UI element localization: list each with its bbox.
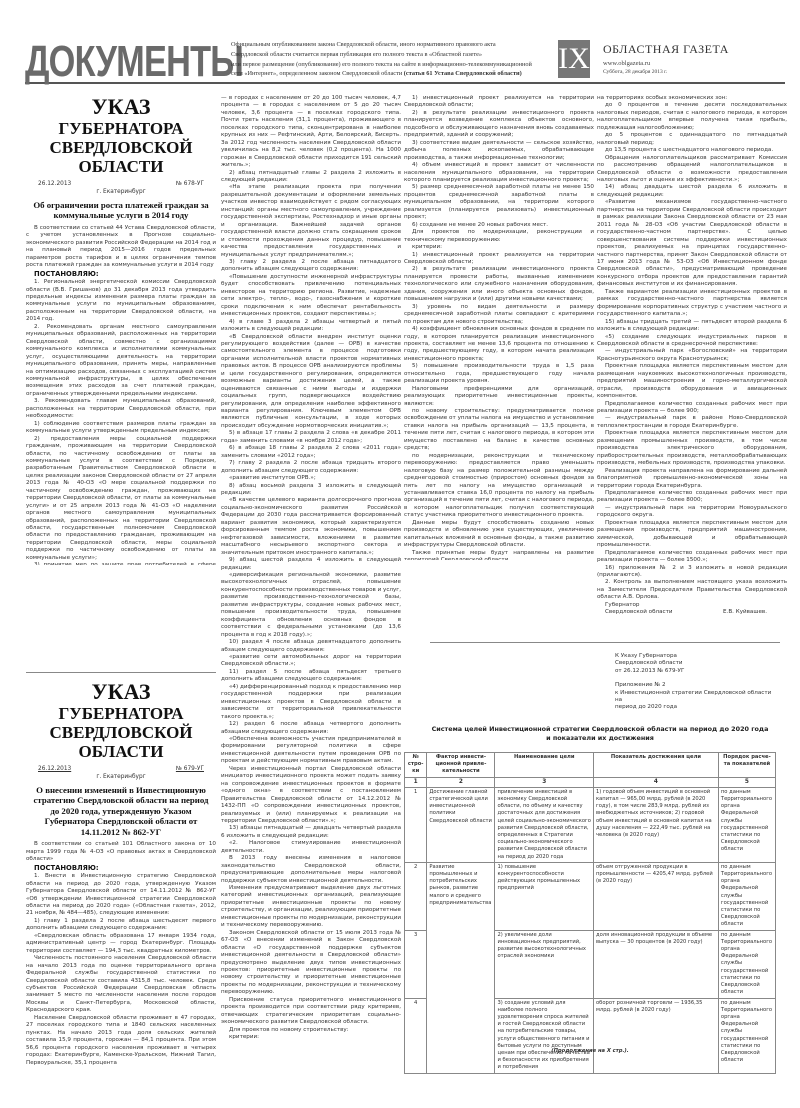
paragraph: 3) главу 2 раздела 2 после абзаца пятнад… <box>221 259 401 274</box>
paragraph: 4) в главе 3 раздела 2 абзацы четвертый … <box>221 319 401 334</box>
paragraph: 4) коэффициент обновления основных фондо… <box>404 326 594 363</box>
paragraph: 2) в результате реализации инвестиционно… <box>404 110 594 140</box>
column-header: Наименование цели <box>495 753 594 778</box>
table-row: 2 Развитие промышленных и потребительски… <box>405 862 776 930</box>
paragraph: 2. Контроль за выполнением настоящего ук… <box>597 579 787 601</box>
paragraph: по новому строительству: предусматривает… <box>404 408 594 453</box>
paragraph: 9) абзац шестой раздела 4 изложить в сле… <box>221 557 401 572</box>
appendix-reference: К Указу Губернатора Свердловской области… <box>615 653 771 712</box>
paragraph: «развитие институтов ОРВ.»; <box>221 475 401 482</box>
decree-number: № 679-УГ <box>176 766 204 773</box>
paragraph: до 5 процентов с одиннадцатого по пятнад… <box>597 132 787 147</box>
decree-heading: УКАЗ ГУБЕРНАТОРА СВЕРДЛОВСКОЙ ОБЛАСТИ <box>26 95 216 176</box>
paragraph: Данные меры будут способствовать создани… <box>404 520 594 550</box>
newspaper-info: ОБЛАСТНАЯ ГАЗЕТА www.oblgazeta.ru Суббот… <box>603 42 729 75</box>
decree-resolves: ПОСТАНОВЛЯЮ: <box>34 271 216 278</box>
continuation-note: (Продолжение на X стр.). <box>404 1048 776 1054</box>
paragraph: на территориях особых экономических зон: <box>597 95 787 102</box>
decree-paragraph: 2. Рекомендовать органам местного самоуп… <box>26 324 216 399</box>
decree-paragraph: «Свердловская область образована 17 янва… <box>26 933 216 955</box>
paragraph: «В качестве целевого варианта долгосрочн… <box>221 497 401 557</box>
table-header-row: № стро-ки Фактор инвести-ционной привле-… <box>405 753 776 778</box>
paragraph: 12) раздел 6 после абзаца четвертого доп… <box>221 721 401 736</box>
paragraph: Изменения предусматривают выделение двух… <box>221 885 401 930</box>
paragraph: Через инвестиционный портал Свердловской… <box>221 766 401 826</box>
decree-paragraph: 1. Региональной энергетической комиссии … <box>26 279 216 324</box>
paragraph: Реализация проекта направлена на формиро… <box>597 468 787 490</box>
publication-notice: Официальным опубликованием закона Свердл… <box>231 40 551 79</box>
paragraph: «Повышение доступности инженерной инфрас… <box>221 274 401 319</box>
paragraph: 2) абзац пятнадцатый главы 2 раздела 2 и… <box>221 170 401 185</box>
paragraph: Налоговыми преференциями для организаций… <box>404 386 594 408</box>
paragraph: — индустриальный парк на территории Ново… <box>597 505 787 520</box>
paragraph: Проектная площадка является перспективны… <box>597 430 787 467</box>
paragraph: 6) в абзаце 18 главы 2 раздела 2 слова «… <box>221 445 401 460</box>
paragraph: Также вариантом реализации инвестиционны… <box>597 289 787 319</box>
paragraph: 1) инвестиционный проект реализуется на … <box>404 95 594 110</box>
paragraph: 14) абзац двадцать шестой раздела 6 изло… <box>597 184 787 199</box>
paragraph: 8) абзац восьмой раздела 3 изложить в сл… <box>221 483 401 498</box>
paragraph: «2. Налоговое стимулирование инвестицион… <box>221 840 401 855</box>
signature-line: Свердловской области Е.В. Куйвашев. <box>597 609 787 616</box>
paragraph: Предполагаемое количество созданных рабо… <box>597 550 787 565</box>
decree-date: 26.12.2013 <box>38 181 71 188</box>
paragraph: Присвоение статуса приоритетного инвести… <box>221 997 401 1027</box>
column-header: Показатель достижения цели <box>593 753 718 778</box>
paragraph: Предполагаемое количество созданных рабо… <box>597 401 787 416</box>
column-header: Фактор инвести-ционной привле-кательност… <box>427 753 495 778</box>
paragraph: 15) абзацы тридцать третий — пятьдесят в… <box>597 319 787 334</box>
paragraph: 2) в результате реализации инвестиционно… <box>404 266 594 303</box>
paragraph: «Обеспечена возможность участия предприн… <box>221 736 401 766</box>
decree-city: г. Екатеринбург <box>26 189 216 196</box>
decree-preamble: В соответствии со статьей 44 Устава Свер… <box>26 225 216 270</box>
decree-date: 26.12.2013 <box>38 766 71 773</box>
table-title: Система целей Инвестиционной стратегии С… <box>400 725 800 743</box>
paragraph: «развитие сети автомобильных дорог на те… <box>221 654 401 669</box>
decree-paragraph: 2) предоставления меры социальной поддер… <box>26 436 216 563</box>
decree-city: г. Екатеринбург <box>26 774 216 781</box>
decree-paragraph: 1) главу 1 раздела 2 после абзаца шестьд… <box>26 918 216 933</box>
paragraph: 5) повышение производительности труда в … <box>404 363 594 385</box>
table-row: 1 Достижение главной стратегической цели… <box>405 787 776 862</box>
column-number-row: 1 2 3 4 5 <box>405 777 776 787</box>
newspaper-url[interactable]: www.oblgazeta.ru <box>603 60 729 67</box>
article-column-4: на территориях особых экономических зон:… <box>597 95 787 635</box>
paragraph: Проектная площадка является перспективны… <box>597 363 787 400</box>
decree-resolves: ПОСТАНОВЛЯЮ: <box>34 865 216 872</box>
issue-date: Суббота, 28 декабря 2013 г. <box>603 69 729 75</box>
paragraph: «4) дифференцированный подход к предоста… <box>221 684 401 721</box>
section-title: ДОКУМЕНТЫ <box>25 40 243 84</box>
decree-paragraph: 1) соблюдение соответствия размеров плат… <box>26 421 216 436</box>
article-column-3: 1) инвестиционный проект реализуется на … <box>404 95 594 560</box>
paragraph: Проектная площадка является перспективны… <box>597 520 787 550</box>
decree-paragraph: Численность постоянного населения Свердл… <box>26 955 216 1015</box>
paragraph: «Развитие механизмов государственно-част… <box>597 199 787 288</box>
paragraph: 1) инвестиционный проект реализуется на … <box>404 252 594 267</box>
signer-name: Е.В. Куйвашев. <box>723 609 767 616</box>
newspaper-name: ОБЛАСТНАЯ ГАЗЕТА <box>603 42 729 57</box>
paragraph: — индустриальный парк в районе Ново-Свер… <box>597 415 787 430</box>
decree-heading: УКАЗ ГУБЕРНАТОРА СВЕРДЛОВСКОЙ ОБЛАСТИ <box>26 680 216 761</box>
decree-678: УКАЗ ГУБЕРНАТОРА СВЕРДЛОВСКОЙ ОБЛАСТИ 26… <box>26 95 216 565</box>
paragraph: «диверсификация региональной экономики, … <box>221 572 401 639</box>
paragraph: В 2013 году внесены изменения в налогово… <box>221 855 401 885</box>
decree-679: УКАЗ ГУБЕРНАТОРА СВЕРДЛОВСКОЙ ОБЛАСТИ 26… <box>26 680 216 1080</box>
paragraph: 7) главу 2 раздела 2 после абзаца тридца… <box>221 460 401 475</box>
decree-paragraph: 3) принятие мер по защите прав потребите… <box>26 562 216 565</box>
paragraph: критерии: <box>221 1034 401 1041</box>
paragraph: 6) создание не менее 20 новых рабочих ме… <box>404 222 594 229</box>
masthead: ДОКУМЕНТЫ Официальным опубликованием зак… <box>25 38 785 84</box>
goals-table: № стро-ки Фактор инвести-ционной привле-… <box>404 752 776 1074</box>
paragraph: — индустриальный парк «Богословский» на … <box>597 348 787 363</box>
paragraph: 3) уровень по видам деятельности и разме… <box>404 304 594 326</box>
paragraph: Для проектов по модернизации, реконструк… <box>404 229 594 244</box>
paragraph: 13) абзацы пятнадцатый — двадцать четвер… <box>221 825 401 840</box>
paragraph: до 0 процентов в течение десяти последов… <box>597 102 787 132</box>
paragraph: «В Свердловской области внедрен институт… <box>221 334 401 431</box>
paragraph: — в городах с населением от 20 до 100 ты… <box>221 95 401 170</box>
decree-number: № 678-УГ <box>176 181 204 188</box>
divider <box>26 672 216 673</box>
decree-title: О внесении изменений в Инвестиционную ст… <box>30 785 212 838</box>
decree-paragraph: 3. Рекомендовать главам муниципальных об… <box>26 398 216 420</box>
paragraph: 11) раздел 5 после абзаца пятьдесят трет… <box>221 669 401 684</box>
paragraph: «5) создание следующих индустриальных па… <box>597 334 787 349</box>
decree-paragraph: 1. Внести в Инвестиционную стратегию Све… <box>26 873 216 918</box>
page-number-badge: IX <box>558 40 590 78</box>
paragraph: Также принятые меры будут направлены на … <box>404 550 594 560</box>
column-header: № стро-ки <box>405 753 427 778</box>
paragraph: до 13,5 процента с шестнадцатого налогов… <box>597 147 787 154</box>
paragraph: Обращения налогоплательщиков рассматрива… <box>597 155 787 185</box>
paragraph: по модернизации, реконструкции и техниче… <box>404 453 594 520</box>
paragraph: 16) приложения № 2 и 3 изложить в новой … <box>597 565 787 580</box>
article-column-2: — в городах с населением от 20 до 100 ты… <box>221 95 401 1075</box>
paragraph: Предполагаемое количество созданных рабо… <box>597 490 787 505</box>
paragraph: 5) размер среднемесячной заработной плат… <box>404 184 594 221</box>
paragraph: 4) объем инвестиций в проект зависит от … <box>404 162 594 184</box>
divider <box>430 642 780 643</box>
paragraph: 5) в абзаце 17 главы 2 раздела 2 слова «… <box>221 430 401 445</box>
decree-paragraph: Население Свердловской области проживает… <box>26 1015 216 1067</box>
paragraph: «На этапе реализации проекта при получен… <box>221 184 401 259</box>
column-header: Порядок расче-та показателей <box>718 753 775 778</box>
decree-title: Об ограничении роста платежей граждан за… <box>30 200 212 221</box>
paragraph: Законом Свердловской области от 15 июля … <box>221 930 401 997</box>
paragraph: 10) раздел 4 после абзаца девятнадцатого… <box>221 639 401 654</box>
paragraph: критерии: <box>404 244 594 251</box>
paragraph: 3) соответствие видам деятельности — сел… <box>404 140 594 162</box>
decree-preamble: В соответствии со статьей 101 Областного… <box>26 841 216 863</box>
paragraph: Для проектов по новому строительству: <box>221 1027 401 1034</box>
